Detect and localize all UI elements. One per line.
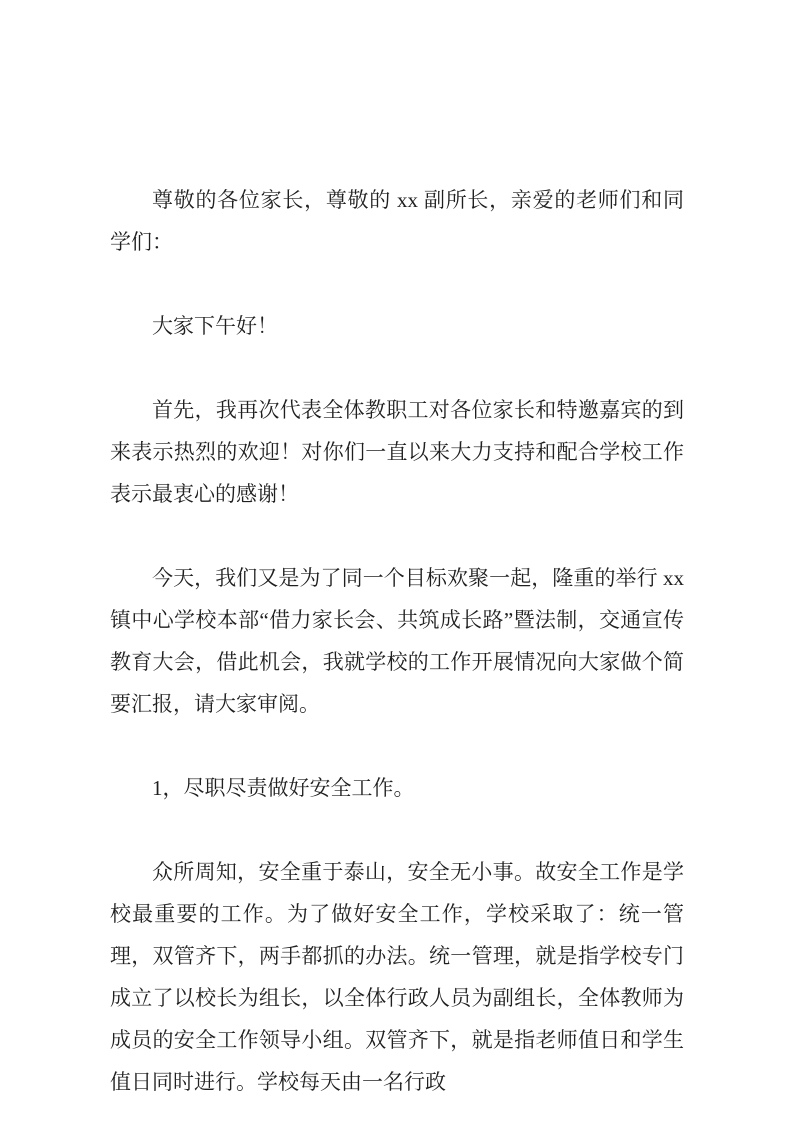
paragraph-occasion: 今天，我们又是为了同一个目标欢聚一起，隆重的举行 xx 镇中心学校本部“借力家长… xyxy=(110,557,684,725)
document-body: 尊敬的各位家长，尊敬的 xx 副所长，亲爱的老师们和同学们： 大家下午好！ 首先… xyxy=(110,179,684,1103)
paragraph-welcome: 首先，我再次代表全体教职工对各位家长和特邀嘉宾的到来表示热烈的欢迎！对你们一直以… xyxy=(110,389,684,515)
paragraph-section-1-title: 1，尽职尽责做好安全工作。 xyxy=(110,767,684,809)
document-page: 尊敬的各位家长，尊敬的 xx 副所长，亲爱的老师们和同学们： 大家下午好！ 首先… xyxy=(0,0,793,1122)
paragraph-greeting: 大家下午好！ xyxy=(110,305,684,347)
paragraph-salutation: 尊敬的各位家长，尊敬的 xx 副所长，亲爱的老师们和同学们： xyxy=(110,179,684,263)
paragraph-safety-work: 众所周知，安全重于泰山，安全无小事。故安全工作是学校最重要的工作。为了做好安全工… xyxy=(110,851,684,1103)
